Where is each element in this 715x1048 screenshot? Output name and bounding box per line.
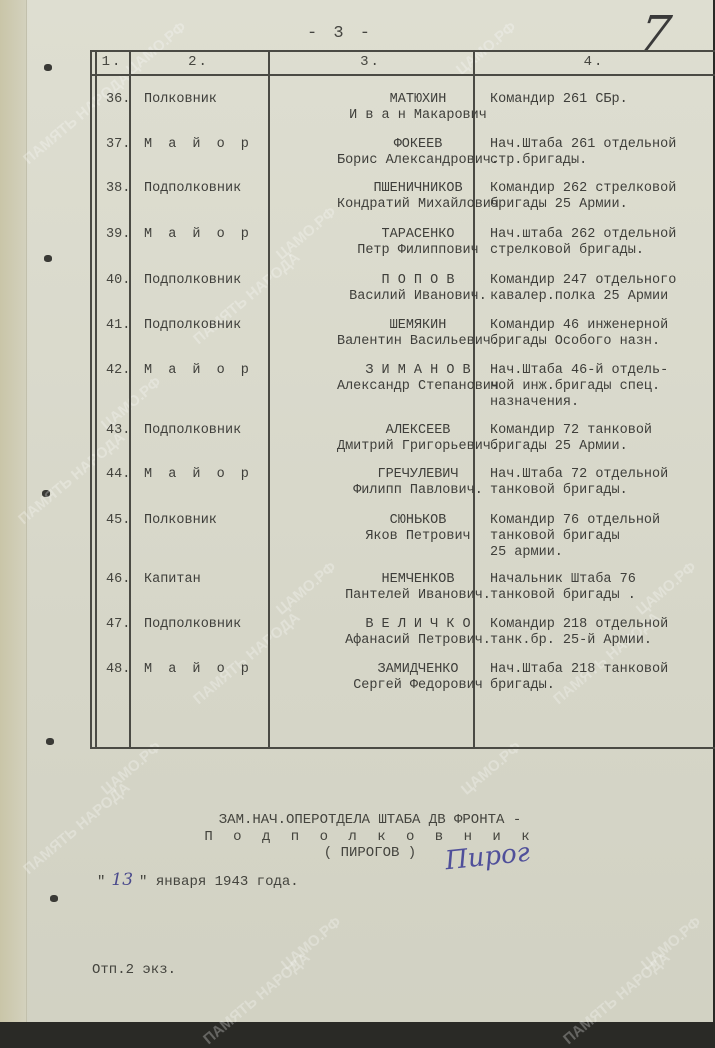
punch-hole: [50, 895, 58, 902]
column-header-rank: 2.: [129, 54, 268, 74]
table-border-left-inner: [95, 50, 97, 748]
position-line: Нач.Штаба 46-й отдель-: [490, 363, 715, 379]
column-header-position: 4.: [473, 54, 715, 74]
position-line: танковой бригады.: [490, 483, 715, 499]
position-line: Нач.Штаба 218 танковой: [490, 662, 715, 678]
officers-table: 1. 2. 3. 4. 36. Полковник МАТЮХИН И в а …: [90, 50, 715, 748]
page-number: - 3 -: [300, 24, 380, 43]
column-divider: [129, 50, 131, 748]
binding-margin: [0, 0, 27, 1022]
watermark-pamyat: ПАМЯТЬ НАРОДА: [560, 949, 673, 1024]
watermark-tsamo: ЦАМО.РФ: [278, 914, 345, 974]
row-number: 42.: [106, 363, 136, 379]
signatory-name: ( ПИРОГОВ ): [120, 845, 620, 861]
position-line: стрелковой бригады.: [490, 243, 715, 259]
row-number: 36.: [106, 92, 136, 108]
column-header-number: 1.: [95, 54, 129, 74]
date-day-handwritten: 13: [105, 870, 139, 890]
row-number: 44.: [106, 467, 136, 483]
row-number: 45.: [106, 513, 136, 529]
document-date: "13" января 1943 года.: [97, 870, 299, 890]
position-line: бригады.: [490, 678, 715, 694]
position-line: назначения.: [490, 395, 715, 411]
position-line: Командир 46 инженерной: [490, 318, 715, 334]
position-line: Командир 76 отдельной: [490, 513, 715, 529]
position-line: кавалер.полка 25 Армии: [490, 289, 715, 305]
watermark-tsamo: ЦАМО.РФ: [638, 914, 705, 974]
position-line: Командир 72 танковой: [490, 423, 715, 439]
punch-hole: [44, 255, 52, 262]
row-number: 48.: [106, 662, 136, 678]
position-line: бригады Особого назн.: [490, 334, 715, 350]
row-number: 41.: [106, 318, 136, 334]
position-line: бригады 25 Армии.: [490, 439, 715, 455]
table-border-left: [90, 50, 92, 748]
row-number: 39.: [106, 227, 136, 243]
position-line: бригады 25 Армии.: [490, 197, 715, 213]
position-line: Командир 247 отдельного: [490, 273, 715, 289]
position-line: ной инж.бригады спец.: [490, 379, 715, 395]
watermark-pamyat: ПАМЯТЬ НАРОДА: [20, 779, 133, 878]
position-line: танковой бригады .: [490, 588, 715, 604]
punch-hole: [42, 490, 50, 497]
row-number: 43.: [106, 423, 136, 439]
row-number: 40.: [106, 273, 136, 289]
table-border-top: [90, 50, 715, 52]
position-line: Командир 261 СБр.: [490, 92, 715, 108]
punch-hole: [44, 64, 52, 71]
punch-hole: [46, 738, 54, 745]
given-names: И в а н Макарович: [268, 108, 568, 124]
position-line: Начальник Штаба 76: [490, 572, 715, 588]
table-border-bottom: [90, 747, 715, 749]
document-page: ЦАМО.РФ ЦАМО.РФ ПАМЯТЬ НАРОДА ЦАМО.РФ ПА…: [0, 0, 713, 1022]
signatory-title: ЗАМ.НАЧ.ОПЕРОТДЕЛА ШТАБА ДВ ФРОНТА -: [120, 812, 620, 828]
date-month-year: " января 1943 года.: [139, 874, 299, 890]
row-number: 46.: [106, 572, 136, 588]
watermark-pamyat: ПАМЯТЬ НАРОДА: [200, 949, 313, 1024]
row-number: 37.: [106, 137, 136, 153]
position-line: Командир 262 стрелковой: [490, 181, 715, 197]
row-number: 47.: [106, 617, 136, 633]
row-number: 38.: [106, 181, 136, 197]
position-line: танк.бр. 25-й Армии.: [490, 633, 715, 649]
header-divider: [90, 74, 715, 76]
position-line: Нач.Штаба 261 отдельной: [490, 137, 715, 153]
position-line: танковой бригады: [490, 529, 715, 545]
position-line: Командир 218 отдельной: [490, 617, 715, 633]
column-header-name: 3.: [268, 54, 473, 74]
position-line: Нач.штаба 262 отдельной: [490, 227, 715, 243]
position-line: стр.бригады.: [490, 153, 715, 169]
position-line: 25 армии.: [490, 545, 715, 561]
position-line: Нач.Штаба 72 отдельной: [490, 467, 715, 483]
signatory-rank: П о д п о л к о в н и к: [120, 829, 620, 845]
copies-note: Отп.2 экз.: [92, 962, 176, 978]
